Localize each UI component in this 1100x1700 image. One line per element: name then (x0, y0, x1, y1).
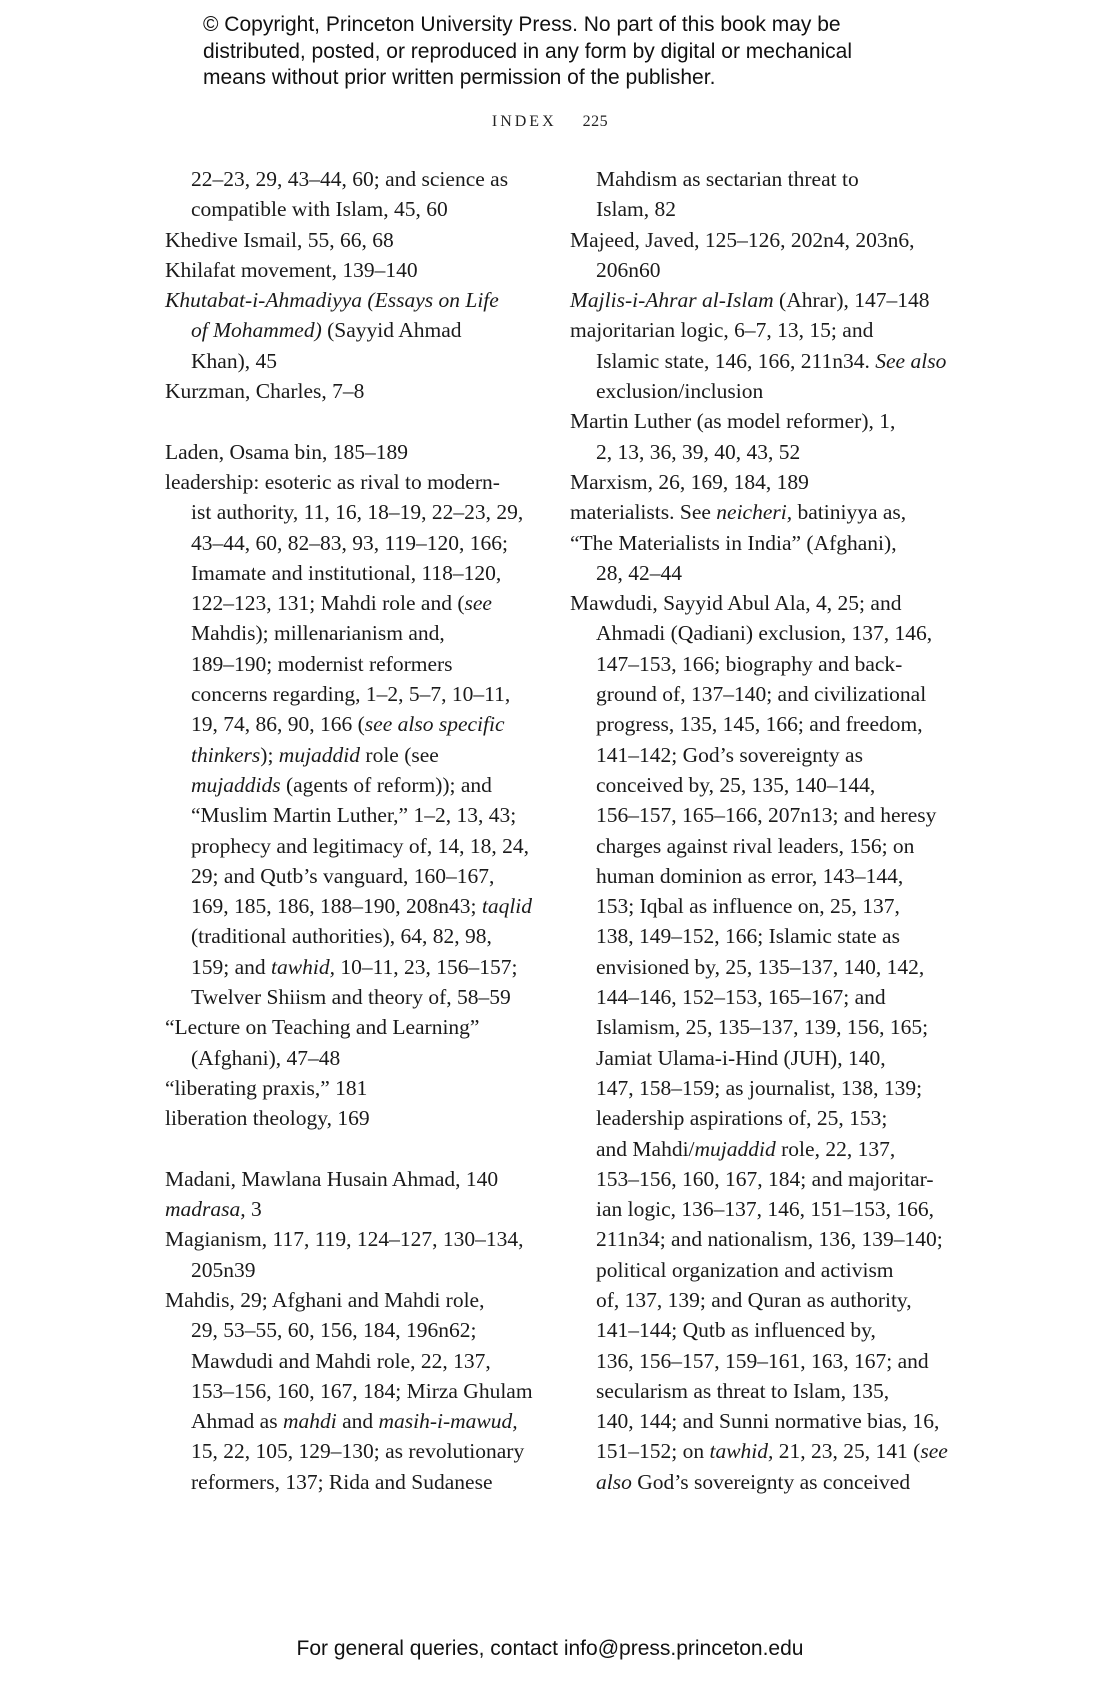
index-entry-continuation: 169, 185, 186, 188–190, 208n43; taqlid (165, 891, 520, 921)
page-number: 225 (583, 113, 609, 130)
italic-text: see (465, 591, 492, 615)
entry-text: 151–152; on (596, 1439, 709, 1463)
entry-text: 21, 23, 25, 141 ( (773, 1439, 920, 1463)
index-entry-continuation: 29, 53–55, 60, 156, 184, 196n62; (165, 1315, 520, 1345)
entry-text: Ahmadi (Qadiani) exclusion, 137, 146, (596, 621, 932, 645)
entry-text: “Lecture on Teaching and Learning” (165, 1015, 479, 1039)
index-entry-continuation: secularism as threat to Islam, 135, (570, 1376, 930, 1406)
entry-text: Mahdis); millenarianism and, (191, 621, 445, 645)
entry-text: 153; Iqbal as influence on, 25, 137, (596, 894, 900, 918)
index-entry-continuation: ian logic, 136–137, 146, 151–153, 166, (570, 1194, 930, 1224)
index-entry: madrasa, 3 (165, 1194, 520, 1224)
entry-text: 206n60 (596, 258, 661, 282)
index-entry-continuation: of Mohammed) (Sayyid Ahmad (165, 315, 520, 345)
index-entry-continuation: 153; Iqbal as influence on, 25, 137, (570, 891, 930, 921)
index-entry: Majlis-i-Ahrar al-Islam (Ahrar), 147–148 (570, 285, 930, 315)
index-entry-continuation: 156–157, 165–166, 207n13; and heresy (570, 800, 930, 830)
index-entry-continuation: charges against rival leaders, 156; on (570, 831, 930, 861)
entry-text: Ahmad as (191, 1409, 283, 1433)
blank-line (165, 1134, 520, 1164)
copyright-notice: © Copyright, Princeton University Press.… (203, 12, 923, 92)
entry-text: 29; and Qutb’s vanguard, 160–167, (191, 864, 494, 888)
entry-text: “Muslim Martin Luther,” 1–2, 13, 43; (191, 803, 516, 827)
entry-text: 3 (246, 1197, 262, 1221)
italic-text: of Mohammed) (191, 318, 322, 342)
entry-text: Madani, Mawlana Husain Ahmad, 140 (165, 1167, 498, 1191)
index-entry-continuation: ground of, 137–140; and civilizational (570, 679, 930, 709)
index-entry-continuation: Mahdism as sectarian threat to (570, 164, 930, 194)
index-entry-continuation: 189–190; modernist reformers (165, 649, 520, 679)
entry-text: and Mahdi/ (596, 1137, 695, 1161)
index-entry-continuation: also God’s sovereignty as conceived (570, 1467, 930, 1497)
italic-text: Majlis-i-Ahrar al-Islam (570, 288, 774, 312)
index-entry-continuation: 2, 13, 36, 39, 40, 43, 52 (570, 437, 930, 467)
entry-text: materialists. See (570, 500, 716, 524)
index-entry-continuation: 141–142; God’s sovereignty as (570, 740, 930, 770)
index-entry-continuation: envisioned by, 25, 135–137, 140, 142, (570, 952, 930, 982)
entry-text: 43–44, 60, 82–83, 93, 119–120, 166; (191, 531, 508, 555)
footer-contact: For general queries, contact info@press.… (0, 1637, 1100, 1661)
entry-text: Islamic state, 146, 166, 211n34. (596, 349, 875, 373)
entry-text: exclusion/inclusion (596, 379, 763, 403)
entry-text: 22–23, 29, 43–44, 60; and science as (191, 167, 508, 191)
entry-text: Marxism, 26, 169, 184, 189 (570, 470, 809, 494)
index-entry-continuation: 153–156, 160, 167, 184; Mirza Ghulam (165, 1376, 520, 1406)
italic-text: see also specific (365, 712, 505, 736)
entry-text: Jamiat Ulama-i-Hind (JUH), 140, (596, 1046, 886, 1070)
index-entry-continuation: Mahdis); millenarianism and, (165, 618, 520, 648)
index-entry: “The Materialists in India” (Afghani), (570, 528, 930, 558)
copyright-line: means without prior written permission o… (203, 65, 923, 92)
entry-text: batiniyya as, (792, 500, 906, 524)
index-entry: Laden, Osama bin, 185–189 (165, 437, 520, 467)
running-head: INDEX225 (0, 113, 1100, 131)
entry-text: Kurzman, Charles, 7–8 (165, 379, 364, 403)
copyright-line: distributed, posted, or reproduced in an… (203, 39, 923, 66)
entry-text: 136, 156–157, 159–161, 163, 167; and (596, 1349, 929, 1373)
italic-text: madrasa, (165, 1197, 246, 1221)
index-entry: “liberating praxis,” 181 (165, 1073, 520, 1103)
index-entry-continuation: ist authority, 11, 16, 18–19, 22–23, 29, (165, 497, 520, 527)
entry-text: “liberating praxis,” 181 (165, 1076, 367, 1100)
entry-text: ian logic, 136–137, 146, 151–153, 166, (596, 1197, 934, 1221)
index-entry-continuation: leadership aspirations of, 25, 153; (570, 1103, 930, 1133)
index-entry-continuation: Twelver Shiism and theory of, 58–59 (165, 982, 520, 1012)
entry-text: (Afghani), 47–48 (191, 1046, 340, 1070)
entry-text: leadership: esoteric as rival to modern- (165, 470, 500, 494)
index-entry-continuation: 122–123, 131; Mahdi role and (see (165, 588, 520, 618)
index-entry-continuation: Jamiat Ulama-i-Hind (JUH), 140, (570, 1043, 930, 1073)
index-entry-continuation: Islam, 82 (570, 194, 930, 224)
italic-text: mujaddid (695, 1137, 776, 1161)
index-entry-continuation: 15, 22, 105, 129–130; as revolutionary (165, 1436, 520, 1466)
italic-text: taqlid (482, 894, 532, 918)
entry-text: concerns regarding, 1–2, 5–7, 10–11, (191, 682, 510, 706)
index-entry-continuation: and Mahdi/mujaddid role, 22, 137, (570, 1134, 930, 1164)
entry-text: “The Materialists in India” (Afghani), (570, 531, 897, 555)
entry-text: 205n39 (191, 1258, 256, 1282)
entry-text: Majeed, Javed, 125–126, 202n4, 203n6, (570, 228, 915, 252)
index-entry-continuation: human dominion as error, 143–144, (570, 861, 930, 891)
entry-text: and (337, 1409, 379, 1433)
entry-text: majoritarian logic, 6–7, 13, 15; and (570, 318, 873, 342)
entry-text: 15, 22, 105, 129–130; as revolutionary (191, 1439, 524, 1463)
entry-text: political organization and activism (596, 1258, 894, 1282)
index-entry-continuation: 205n39 (165, 1255, 520, 1285)
italic-text: see (920, 1439, 947, 1463)
index-entry-continuation: 144–146, 152–153, 165–167; and (570, 982, 930, 1012)
entry-text: 159; and (191, 955, 271, 979)
entry-text: Mahdism as sectarian threat to (596, 167, 859, 191)
index-entry-continuation: of, 137, 139; and Quran as authority, (570, 1285, 930, 1315)
index-entry-continuation: 211n34; and nationalism, 136, 139–140; (570, 1224, 930, 1254)
entry-text: Islam, 82 (596, 197, 676, 221)
entry-text: prophecy and legitimacy of, 14, 18, 24, (191, 834, 529, 858)
entry-text: Imamate and institutional, 118–120, (191, 561, 501, 585)
index-entry-continuation: concerns regarding, 1–2, 5–7, 10–11, (165, 679, 520, 709)
entry-text: 138, 149–152, 166; Islamic state as (596, 924, 900, 948)
entry-text: 122–123, 131; Mahdi role and ( (191, 591, 465, 615)
entry-text: Mawdudi and Mahdi role, 22, 137, (191, 1349, 491, 1373)
entry-text: 156–157, 165–166, 207n13; and heresy (596, 803, 936, 827)
italic-text: mujaddid (279, 743, 360, 767)
index-entry: Martin Luther (as model reformer), 1, (570, 406, 930, 436)
italic-text: masih-i-mawud, (379, 1409, 518, 1433)
index-entry: Khilafat movement, 139–140 (165, 255, 520, 285)
italic-text: mahdi (283, 1409, 337, 1433)
index-entry-continuation: mujaddids (agents of reform)); and (165, 770, 520, 800)
entry-text: God’s sovereignty as conceived (632, 1470, 910, 1494)
italic-text: tawhid, (271, 955, 335, 979)
index-entry-continuation: reformers, 137; Rida and Sudanese (165, 1467, 520, 1497)
entry-text: (traditional authorities), 64, 82, 98, (191, 924, 492, 948)
italic-text: thinkers (191, 743, 260, 767)
index-entry-continuation: 136, 156–157, 159–161, 163, 167; and (570, 1346, 930, 1376)
index-entry-continuation: political organization and activism (570, 1255, 930, 1285)
index-column-right: Mahdism as sectarian threat toIslam, 82M… (570, 164, 930, 1497)
index-entry-continuation: 159; and tawhid, 10–11, 23, 156–157; (165, 952, 520, 982)
italic-text: also (596, 1470, 632, 1494)
entry-text: Laden, Osama bin, 185–189 (165, 440, 408, 464)
index-column-left: 22–23, 29, 43–44, 60; and science ascomp… (165, 164, 520, 1497)
entry-text: liberation theology, 169 (165, 1106, 370, 1130)
index-entry: Khutabat-i-Ahmadiyya (Essays on Life (165, 285, 520, 315)
index-entry: Khedive Ismail, 55, 66, 68 (165, 225, 520, 255)
entry-text: compatible with Islam, 45, 60 (191, 197, 448, 221)
index-entry-continuation: conceived by, 25, 135, 140–144, (570, 770, 930, 800)
index-entry: Majeed, Javed, 125–126, 202n4, 203n6, (570, 225, 930, 255)
entry-text: ist authority, 11, 16, 18–19, 22–23, 29, (191, 500, 523, 524)
index-entry-continuation: progress, 135, 145, 166; and freedom, (570, 709, 930, 739)
entry-text: 169, 185, 186, 188–190, 208n43; (191, 894, 482, 918)
entry-text: charges against rival leaders, 156; on (596, 834, 914, 858)
entry-text: Khilafat movement, 139–140 (165, 258, 418, 282)
entry-text: leadership aspirations of, 25, 153; (596, 1106, 887, 1130)
index-entry: Magianism, 117, 119, 124–127, 130–134, (165, 1224, 520, 1254)
index-entry-continuation: 151–152; on tawhid, 21, 23, 25, 141 (see (570, 1436, 930, 1466)
copyright-line: © Copyright, Princeton University Press.… (203, 12, 923, 39)
index-entry-continuation: 19, 74, 86, 90, 166 (see also specific (165, 709, 520, 739)
index-entry-continuation: 141–144; Qutb as influenced by, (570, 1315, 930, 1345)
entry-text: of, 137, 139; and Quran as authority, (596, 1288, 912, 1312)
index-entry-continuation: 138, 149–152, 166; Islamic state as (570, 921, 930, 951)
index-entry-continuation: 147–153, 166; biography and back- (570, 649, 930, 679)
italic-text: Khutabat-i-Ahmadiyya (Essays on Life (165, 288, 499, 312)
entry-text: (Ahrar), 147–148 (774, 288, 930, 312)
entry-text: 28, 42–44 (596, 561, 682, 585)
entry-text: Martin Luther (as model reformer), 1, (570, 409, 895, 433)
index-entry-continuation: 147, 158–159; as journalist, 138, 139; (570, 1073, 930, 1103)
entry-text: Magianism, 117, 119, 124–127, 130–134, (165, 1227, 524, 1251)
entry-text: ground of, 137–140; and civilizational (596, 682, 926, 706)
entry-text: Twelver Shiism and theory of, 58–59 (191, 985, 511, 1009)
index-entry-continuation: exclusion/inclusion (570, 376, 930, 406)
entry-text: 144–146, 152–153, 165–167; and (596, 985, 886, 1009)
entry-text: Khedive Ismail, 55, 66, 68 (165, 228, 394, 252)
italic-text: mujaddids (191, 773, 281, 797)
index-entry: majoritarian logic, 6–7, 13, 15; and (570, 315, 930, 345)
entry-text: reformers, 137; Rida and Sudanese (191, 1470, 493, 1494)
entry-text: progress, 135, 145, 166; and freedom, (596, 712, 923, 736)
italic-text: See also (875, 349, 946, 373)
entry-text: human dominion as error, 143–144, (596, 864, 903, 888)
entry-text: 19, 74, 86, 90, 166 ( (191, 712, 365, 736)
entry-text: (agents of reform)); and (281, 773, 492, 797)
index-entry-continuation: Khan), 45 (165, 346, 520, 376)
index-entry: Madani, Mawlana Husain Ahmad, 140 (165, 1164, 520, 1194)
blank-line (165, 406, 520, 436)
entry-text: 211n34; and nationalism, 136, 139–140; (596, 1227, 943, 1251)
entry-text: Islamism, 25, 135–137, 139, 156, 165; (596, 1015, 928, 1039)
index-entry-continuation: 153–156, 160, 167, 184; and majoritar- (570, 1164, 930, 1194)
index-entry-continuation: “Muslim Martin Luther,” 1–2, 13, 43; (165, 800, 520, 830)
entry-text: role (see (360, 743, 439, 767)
entry-text: 147, 158–159; as journalist, 138, 139; (596, 1076, 922, 1100)
entry-text: secularism as threat to Islam, 135, (596, 1379, 889, 1403)
index-entry-continuation: prophecy and legitimacy of, 14, 18, 24, (165, 831, 520, 861)
entry-text: 141–142; God’s sovereignty as (596, 743, 863, 767)
index-entry-continuation: 206n60 (570, 255, 930, 285)
index-entry-continuation: 43–44, 60, 82–83, 93, 119–120, 166; (165, 528, 520, 558)
index-entry-continuation: Mawdudi and Mahdi role, 22, 137, (165, 1346, 520, 1376)
index-entry-continuation: 22–23, 29, 43–44, 60; and science as (165, 164, 520, 194)
entry-text: envisioned by, 25, 135–137, 140, 142, (596, 955, 924, 979)
index-entry: Mahdis, 29; Afghani and Mahdi role, (165, 1285, 520, 1315)
index-entry-continuation: 140, 144; and Sunni normative bias, 16, (570, 1406, 930, 1436)
entry-text: 147–153, 166; biography and back- (596, 652, 902, 676)
entry-text: 141–144; Qutb as influenced by, (596, 1318, 876, 1342)
index-entry: liberation theology, 169 (165, 1103, 520, 1133)
index-entry-continuation: Islamism, 25, 135–137, 139, 156, 165; (570, 1012, 930, 1042)
entry-text: role, 22, 137, (776, 1137, 895, 1161)
entry-text: 189–190; modernist reformers (191, 652, 453, 676)
entry-text: 153–156, 160, 167, 184; Mirza Ghulam (191, 1379, 533, 1403)
entry-text: Khan), 45 (191, 349, 277, 373)
index-entry-continuation: (Afghani), 47–48 (165, 1043, 520, 1073)
index-entry-continuation: (traditional authorities), 64, 82, 98, (165, 921, 520, 951)
index-entry: Marxism, 26, 169, 184, 189 (570, 467, 930, 497)
entry-text: (Sayyid Ahmad (322, 318, 462, 342)
entry-text: 2, 13, 36, 39, 40, 43, 52 (596, 440, 800, 464)
index-entry: “Lecture on Teaching and Learning” (165, 1012, 520, 1042)
entry-text: 10–11, 23, 156–157; (335, 955, 518, 979)
entry-text: 29, 53–55, 60, 156, 184, 196n62; (191, 1318, 476, 1342)
index-entry-continuation: 28, 42–44 (570, 558, 930, 588)
index-entry-continuation: Islamic state, 146, 166, 211n34. See als… (570, 346, 930, 376)
entry-text: ); (260, 743, 279, 767)
index-entry: Mawdudi, Sayyid Abul Ala, 4, 25; and (570, 588, 930, 618)
index-entry-continuation: Ahmadi (Qadiani) exclusion, 137, 146, (570, 618, 930, 648)
entry-text: 153–156, 160, 167, 184; and majoritar- (596, 1167, 934, 1191)
entry-text: 140, 144; and Sunni normative bias, 16, (596, 1409, 939, 1433)
index-entry: Kurzman, Charles, 7–8 (165, 376, 520, 406)
index-entry-continuation: compatible with Islam, 45, 60 (165, 194, 520, 224)
index-entry: leadership: esoteric as rival to modern- (165, 467, 520, 497)
entry-text: Mahdis, 29; Afghani and Mahdi role, (165, 1288, 484, 1312)
entry-text: conceived by, 25, 135, 140–144, (596, 773, 875, 797)
running-head-title: INDEX (492, 113, 557, 130)
index-entry-continuation: thinkers); mujaddid role (see (165, 740, 520, 770)
index-entry-continuation: Ahmad as mahdi and masih-i-mawud, (165, 1406, 520, 1436)
index-entry-continuation: 29; and Qutb’s vanguard, 160–167, (165, 861, 520, 891)
index-entry: materialists. See neicheri, batiniyya as… (570, 497, 930, 527)
italic-text: neicheri, (716, 500, 792, 524)
italic-text: tawhid, (709, 1439, 773, 1463)
entry-text: Mawdudi, Sayyid Abul Ala, 4, 25; and (570, 591, 901, 615)
index-entry-continuation: Imamate and institutional, 118–120, (165, 558, 520, 588)
